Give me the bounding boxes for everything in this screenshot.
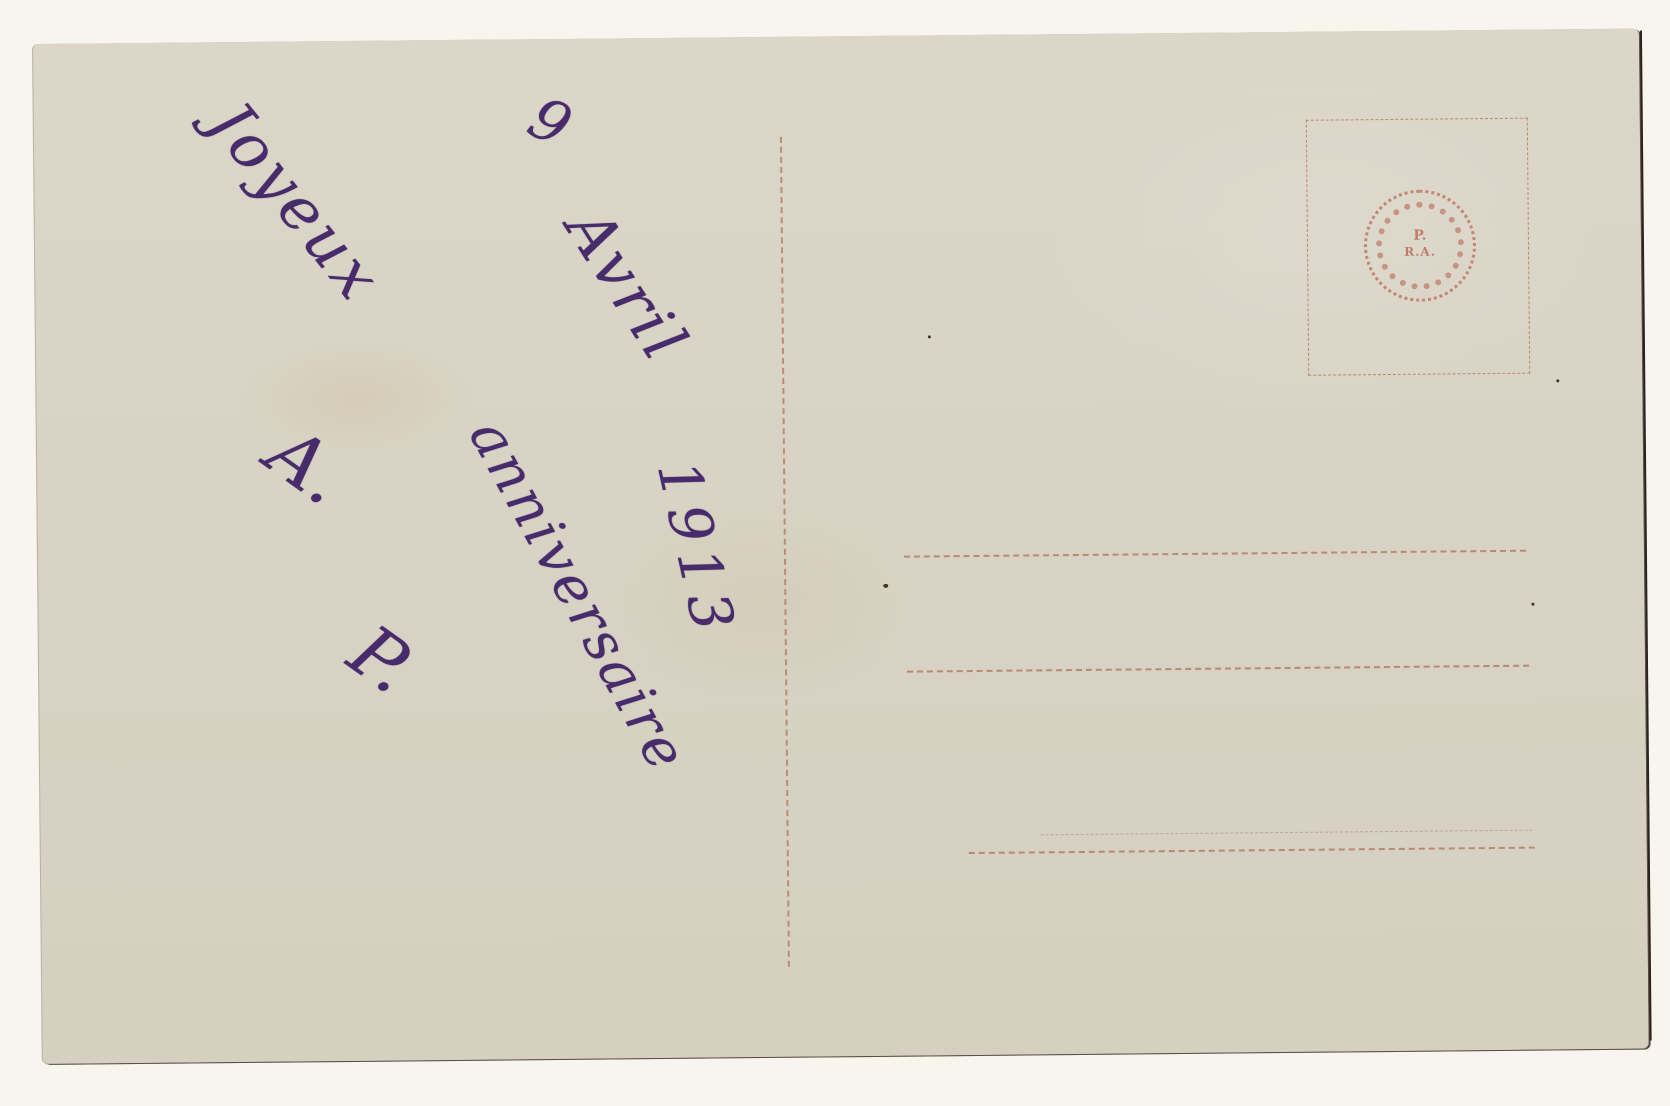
greeting-word-joyeux: Joyeux <box>195 88 397 316</box>
paper-speck <box>928 335 931 338</box>
date-year: 1913 <box>644 454 749 644</box>
center-divider-line <box>780 137 790 967</box>
signature-initial-1: A. <box>252 409 362 521</box>
scanned-postcard: Joyeux anniversaire 9 Avril 1913 A. P. P… <box>0 0 1670 1106</box>
printed-seal-icon: P. R.A. <box>1363 189 1476 302</box>
seal-text-line-1: P. <box>1367 228 1473 243</box>
address-line-3-guide <box>1041 830 1533 836</box>
date-month: Avril <box>552 196 703 376</box>
date-day: 9 <box>518 83 582 160</box>
address-line-1 <box>904 550 1526 558</box>
stamp-box: P. R.A. <box>1306 118 1530 376</box>
card-edge-shadow <box>1640 31 1652 1041</box>
postcard-back: Joyeux anniversaire 9 Avril 1913 A. P. P… <box>33 29 1649 1064</box>
paper-speck <box>1556 379 1559 382</box>
address-line-3 <box>969 847 1535 854</box>
address-line-2 <box>907 665 1529 673</box>
paper-speck <box>1531 603 1534 606</box>
signature-initial-2: P. <box>334 609 429 710</box>
seal-text-line-2: R.A. <box>1367 244 1473 259</box>
paper-speck <box>883 584 888 588</box>
